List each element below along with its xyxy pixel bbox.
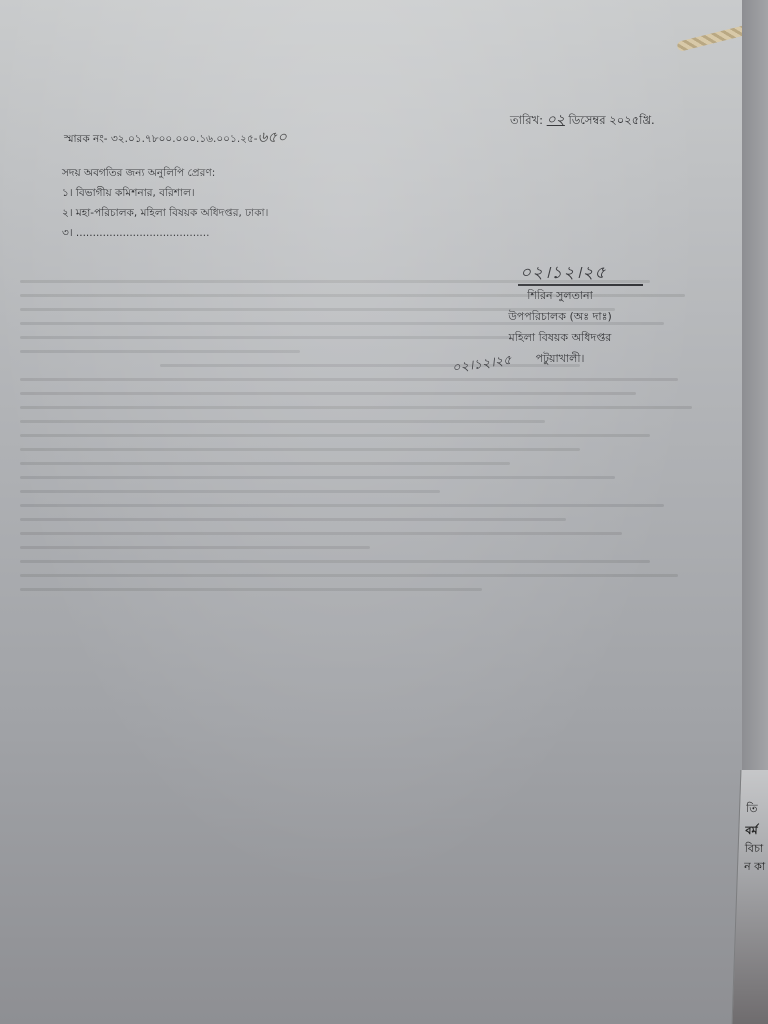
cc-item-3: ৩। .....................................…	[62, 223, 268, 243]
underlying-fragment-3: বিচা	[744, 840, 763, 859]
memo-number-label: স্মারক নং-	[64, 133, 108, 145]
memo-number-handwritten: ৬৫০	[258, 128, 287, 146]
underlying-fragment-1: তি	[746, 800, 758, 819]
date-label: তারিখ:	[510, 113, 543, 127]
underlying-fragment-2: বৰ্ম	[745, 822, 758, 841]
underlying-sheet: তি বৰ্ম বিচা ন কা	[732, 770, 768, 1024]
signatory-designation: উপপরিচালক (অঃ দাঃ)	[480, 306, 640, 327]
cc-item-2: ২। মহা-পরিচালক, মহিলা বিষয়ক অধিদপ্তর, ঢ…	[62, 203, 268, 223]
signatory-name: শিরিন সুলতানা	[480, 285, 640, 306]
underlying-fragment-4: ন কা	[744, 858, 766, 877]
date: তারিখ: ০২ ডিসেম্বর ২০২৫খ্রি.	[510, 108, 655, 132]
cc-item-1: ১। বিভাগীয় কমিশনার, বরিশাল।	[62, 183, 268, 203]
cc-heading: সদয় অবগতির জন্য অনুলিপি প্রেরণ:	[62, 163, 268, 183]
date-day-handwritten: ০২	[547, 112, 565, 128]
memo-number-printed: ৩২.০১.৭৮০০.০০০.১৬.০০১.২৫-	[111, 133, 258, 145]
date-rest: ডিসেম্বর ২০২৫খ্রি.	[569, 113, 655, 127]
memo-number: স্মারক নং- ৩২.০১.৭৮০০.০০০.১৬.০০১.২৫-৬৫০	[64, 126, 287, 151]
document-page: স্মারক নং- ৩২.০১.৭৮০০.০০০.১৬.০০১.২৫-৬৫০ …	[0, 0, 768, 1024]
cc-block: সদয় অবগতির জন্য অনুলিপি প্রেরণ: ১। বিভা…	[62, 163, 268, 243]
signatory-office: মহিলা বিষয়ক অধিদপ্তর	[480, 327, 640, 348]
